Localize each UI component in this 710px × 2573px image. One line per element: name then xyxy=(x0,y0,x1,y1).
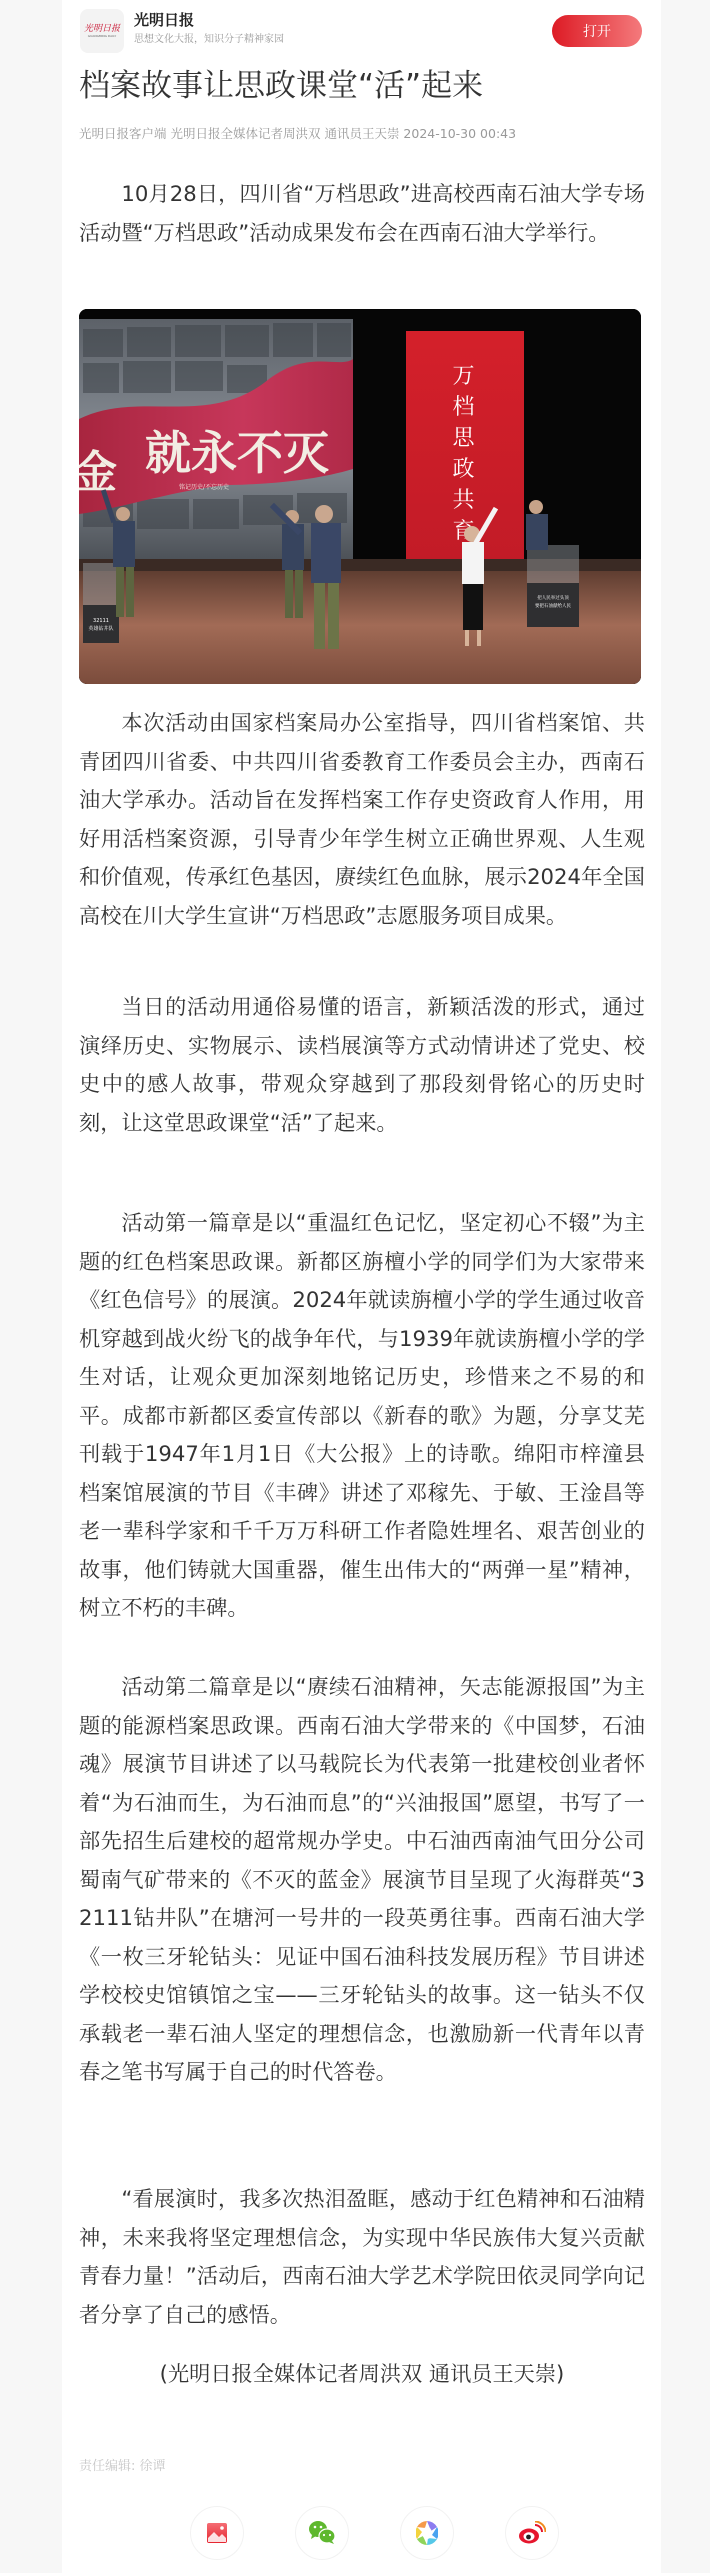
article-meta: 光明日报客户端 光明日报全媒体记者周洪双 通讯员王天崇 2024-10-30 0… xyxy=(79,125,516,143)
article-paragraph: 10月28日，四川省“万档思政”进高校西南石油大学专场活动暨“万档思政”活动成果… xyxy=(79,175,645,252)
svg-text:32111: 32111 xyxy=(93,618,109,624)
svg-text:要把石油献给人民: 要把石油献给人民 xyxy=(535,602,571,609)
article-byline: (光明日报全媒体记者周洪双 通讯员王天崇) xyxy=(79,2355,645,2394)
responsible-editor: 责任编辑: 徐谭 xyxy=(79,2458,166,2476)
article-title: 档案故事让思政课堂“活”起来 xyxy=(79,66,483,106)
article-paragraph: 活动第二篇章是以“赓续石油精神，矢志能源报国”为主题的能源档案思政课。西南石油大… xyxy=(79,1668,645,2092)
share-image-button[interactable] xyxy=(190,2506,244,2560)
share-wechat-button[interactable] xyxy=(295,2506,349,2560)
image-icon xyxy=(206,2522,228,2544)
article-paragraph: 本次活动由国家档案局办公室指导，四川省档案馆、共青团四川省委、中共四川省委教育工… xyxy=(79,704,645,935)
moments-icon xyxy=(416,2520,438,2546)
logo-subtitle: GUANGMING DAILY xyxy=(88,34,116,39)
open-app-button[interactable]: 打开 xyxy=(552,15,642,47)
svg-text:铭记历史/不忘历史: 铭记历史/不忘历史 xyxy=(179,483,229,491)
wechat-icon xyxy=(308,2520,336,2546)
logo-script: 光明日报 xyxy=(84,24,120,34)
app-logo: 光明日报 GUANGMING DAILY xyxy=(80,9,124,53)
stage-photo-illustration: 就永不灭 金 铭记历史/不忘历史 万 档 思 政 共 育 人 32111 英雄钻… xyxy=(79,309,641,684)
app-banner: 光明日报 GUANGMING DAILY 光明日报 思想文化大报，知识分子精神家… xyxy=(62,0,661,60)
app-name: 光明日报 xyxy=(134,10,194,30)
svg-text:把人民举过头顶: 把人民举过头顶 xyxy=(537,594,569,601)
svg-text:就永不灭: 就永不灭 xyxy=(145,426,329,480)
article-paragraph: 活动第一篇章是以“重温红色记忆，坚定初心不辍”为主题的红色档案思政课。新都区旃檀… xyxy=(79,1204,645,1628)
share-moments-button[interactable] xyxy=(400,2506,454,2560)
article-paragraph: 当日的活动用通俗易懂的语言，新颖活泼的形式，通过演绎历史、实物展示、读档展演等方… xyxy=(79,988,645,1142)
svg-text:英雄钻井队: 英雄钻井队 xyxy=(88,625,113,632)
share-weibo-button[interactable] xyxy=(505,2506,559,2560)
article-photo[interactable]: 就永不灭 金 铭记历史/不忘历史 万 档 思 政 共 育 人 32111 英雄钻… xyxy=(79,309,641,684)
article-column: 光明日报 GUANGMING DAILY 光明日报 思想文化大报，知识分子精神家… xyxy=(62,0,661,2573)
article-paragraph: “看展演时，我多次热泪盈眶，感动于红色精神和石油精神，未来我将坚定理想信念，为实… xyxy=(79,2180,645,2334)
weibo-icon xyxy=(518,2521,546,2545)
app-slogan: 思想文化大报，知识分子精神家园 xyxy=(134,33,284,47)
svg-text:金: 金 xyxy=(79,447,117,498)
